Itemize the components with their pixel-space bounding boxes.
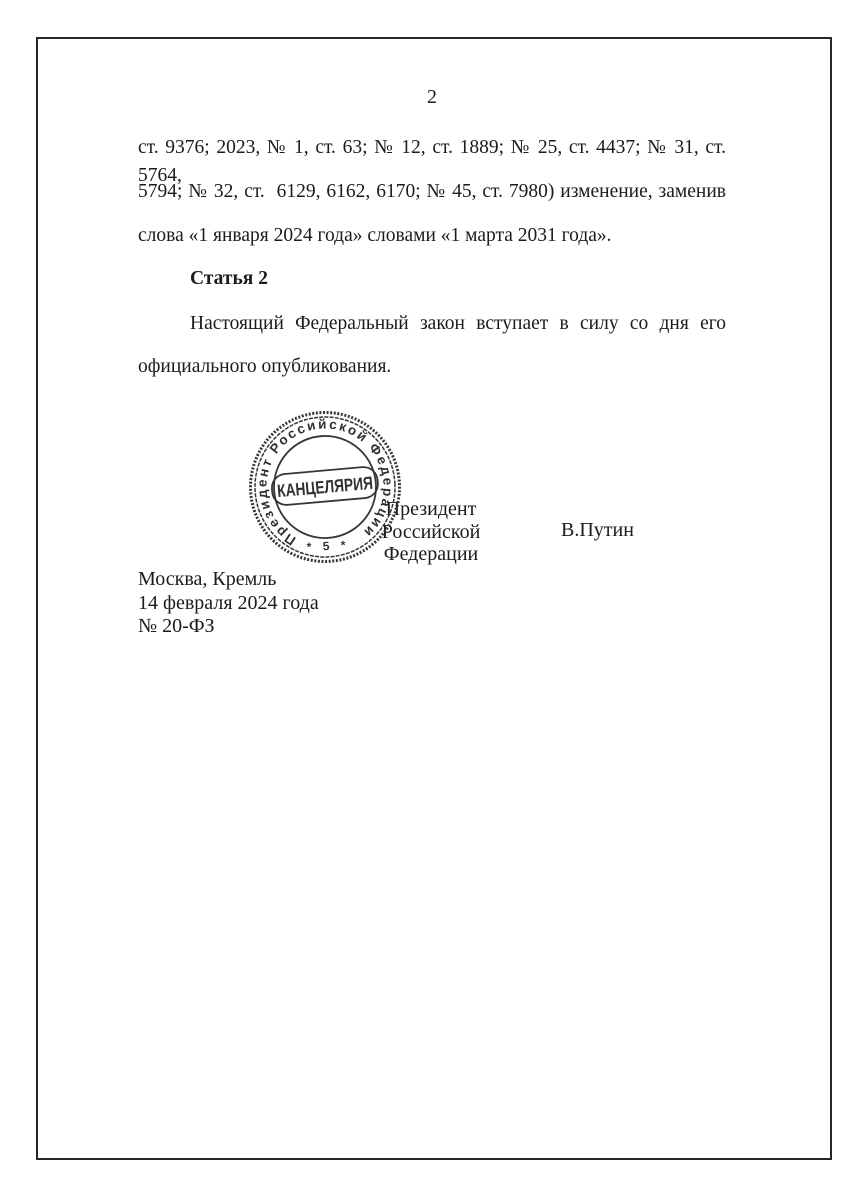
page-number: 2 bbox=[138, 86, 726, 109]
paragraph2-line-2: официального опубликования. bbox=[138, 353, 726, 381]
footer-block: Москва, Кремль 14 февраля 2024 года № 20… bbox=[138, 568, 319, 639]
footer-doc-number: № 20-ФЗ bbox=[138, 615, 319, 639]
footer-date: 14 февраля 2024 года bbox=[138, 592, 319, 616]
body-line-2: 5794; № 32, ст. 6129, 6162, 6170; № 45, … bbox=[138, 178, 726, 206]
signature-title-line-1: Президент bbox=[332, 498, 530, 521]
article-heading: Статья 2 bbox=[138, 265, 778, 293]
paragraph2-line-1: Настоящий Федеральный закон вступает в с… bbox=[138, 310, 726, 338]
footer-place: Москва, Кремль bbox=[138, 568, 319, 592]
signature-name: В.Путин bbox=[561, 519, 634, 542]
signature-title-line-2: Российской Федерации bbox=[332, 521, 530, 566]
signature-block: Президент Российской Федерации bbox=[332, 498, 530, 566]
document-page: 2 ст. 9376; 2023, № 1, ст. 63; № 12, ст.… bbox=[0, 0, 866, 1200]
body-line-3: слова «1 января 2024 года» словами «1 ма… bbox=[138, 222, 726, 250]
